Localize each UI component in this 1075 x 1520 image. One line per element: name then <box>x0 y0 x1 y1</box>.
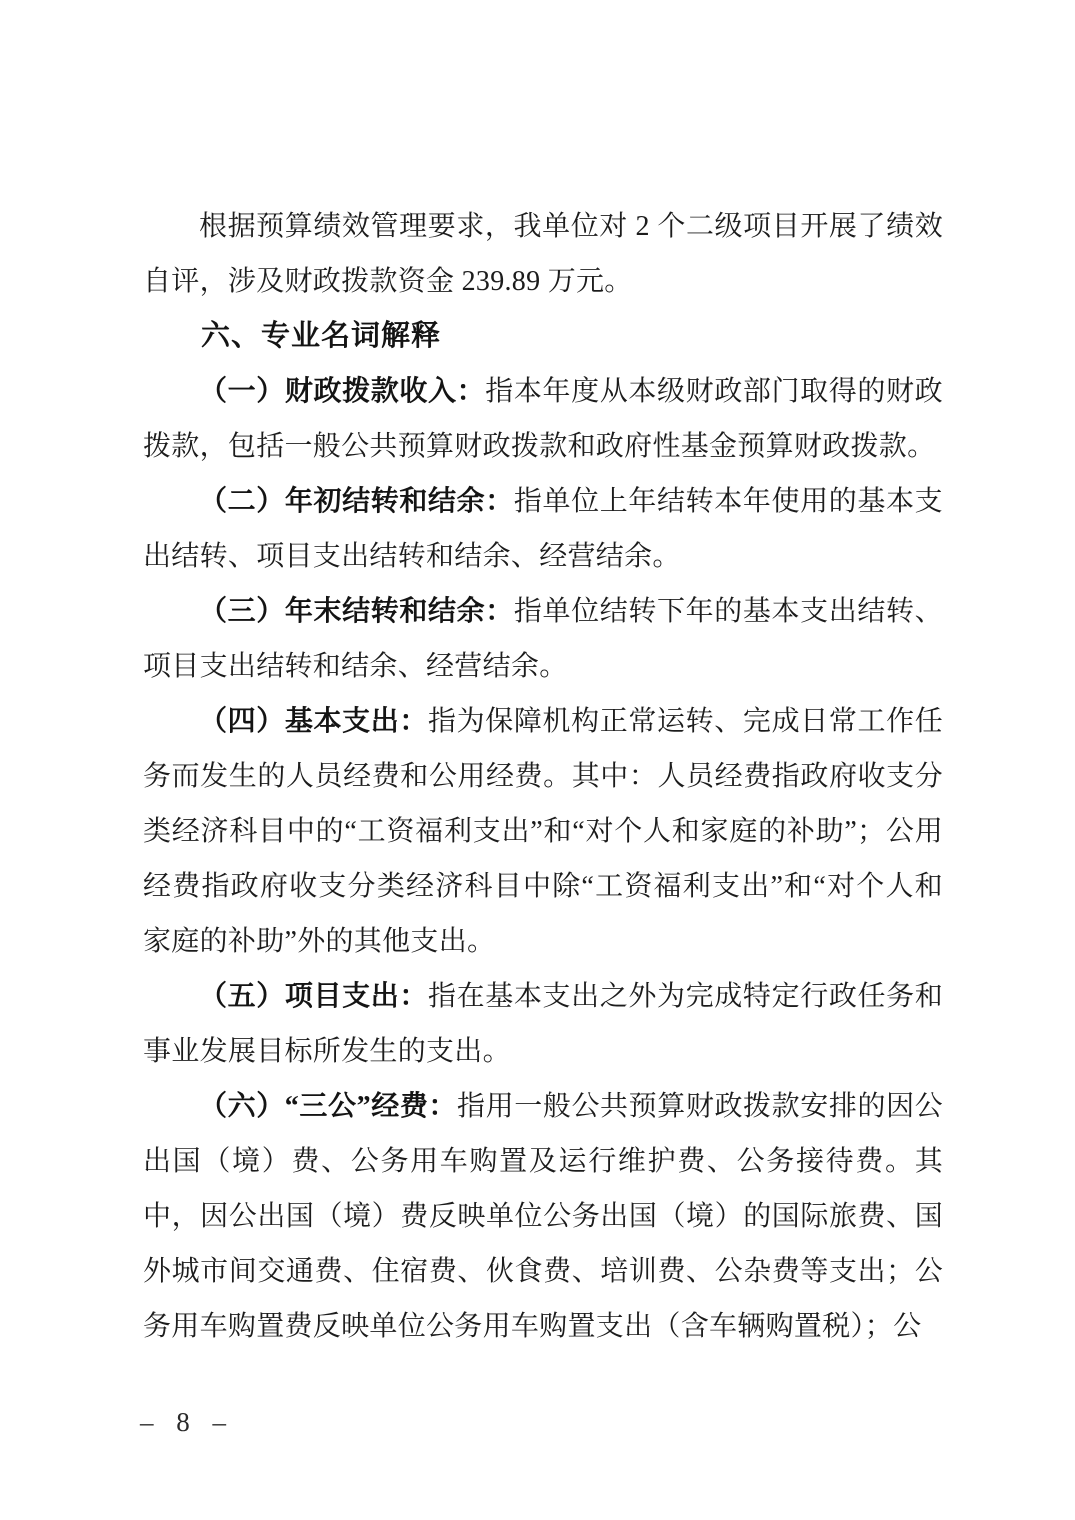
term-label: （四）基本支出： <box>199 706 428 737</box>
document-body: 根据预算绩效管理要求，我单位对 2 个二级项目开展了绩效自评，涉及财政拨款资金 … <box>143 199 943 1354</box>
intro-paragraph: 根据预算绩效管理要求，我单位对 2 个二级项目开展了绩效自评，涉及财政拨款资金 … <box>143 199 943 309</box>
term-label: （六）“三公”经费： <box>199 1091 457 1122</box>
term-paragraph-5: （五）项目支出：指在基本支出之外为完成特定行政任务和事业发展目标所发生的支出。 <box>143 969 943 1079</box>
term-paragraph-3: （三）年末结转和结余：指单位结转下年的基本支出结转、项目支出结转和结余、经营结余… <box>143 584 943 694</box>
term-label: （一）财政拨款收入： <box>199 376 485 407</box>
term-paragraph-1: （一）财政拨款收入：指本年度从本级财政部门取得的财政拨款，包括一般公共预算财政拨… <box>143 364 943 474</box>
term-paragraph-4: （四）基本支出：指为保障机构正常运转、完成日常工作任务而发生的人员经费和公用经费… <box>143 694 943 969</box>
document-page: 根据预算绩效管理要求，我单位对 2 个二级项目开展了绩效自评，涉及财政拨款资金 … <box>0 0 1075 1520</box>
page-number: – 8 – <box>140 1407 234 1438</box>
term-label: （五）项目支出： <box>199 981 428 1012</box>
term-paragraph-6: （六）“三公”经费：指用一般公共预算财政拨款安排的因公出国（境）费、公务用车购置… <box>143 1079 943 1354</box>
term-definition: 指用一般公共预算财政拨款安排的因公出国（境）费、公务用车购置及运行维护费、公务接… <box>143 1091 943 1342</box>
term-label: （二）年初结转和结余： <box>199 486 514 517</box>
term-label: （三）年末结转和结余： <box>199 596 514 627</box>
term-paragraph-2: （二）年初结转和结余：指单位上年结转本年使用的基本支出结转、项目支出结转和结余、… <box>143 474 943 584</box>
term-definition: 指为保障机构正常运转、完成日常工作任务而发生的人员经费和公用经费。其中：人员经费… <box>143 706 943 957</box>
section-heading: 六、专业名词解释 <box>143 309 943 364</box>
